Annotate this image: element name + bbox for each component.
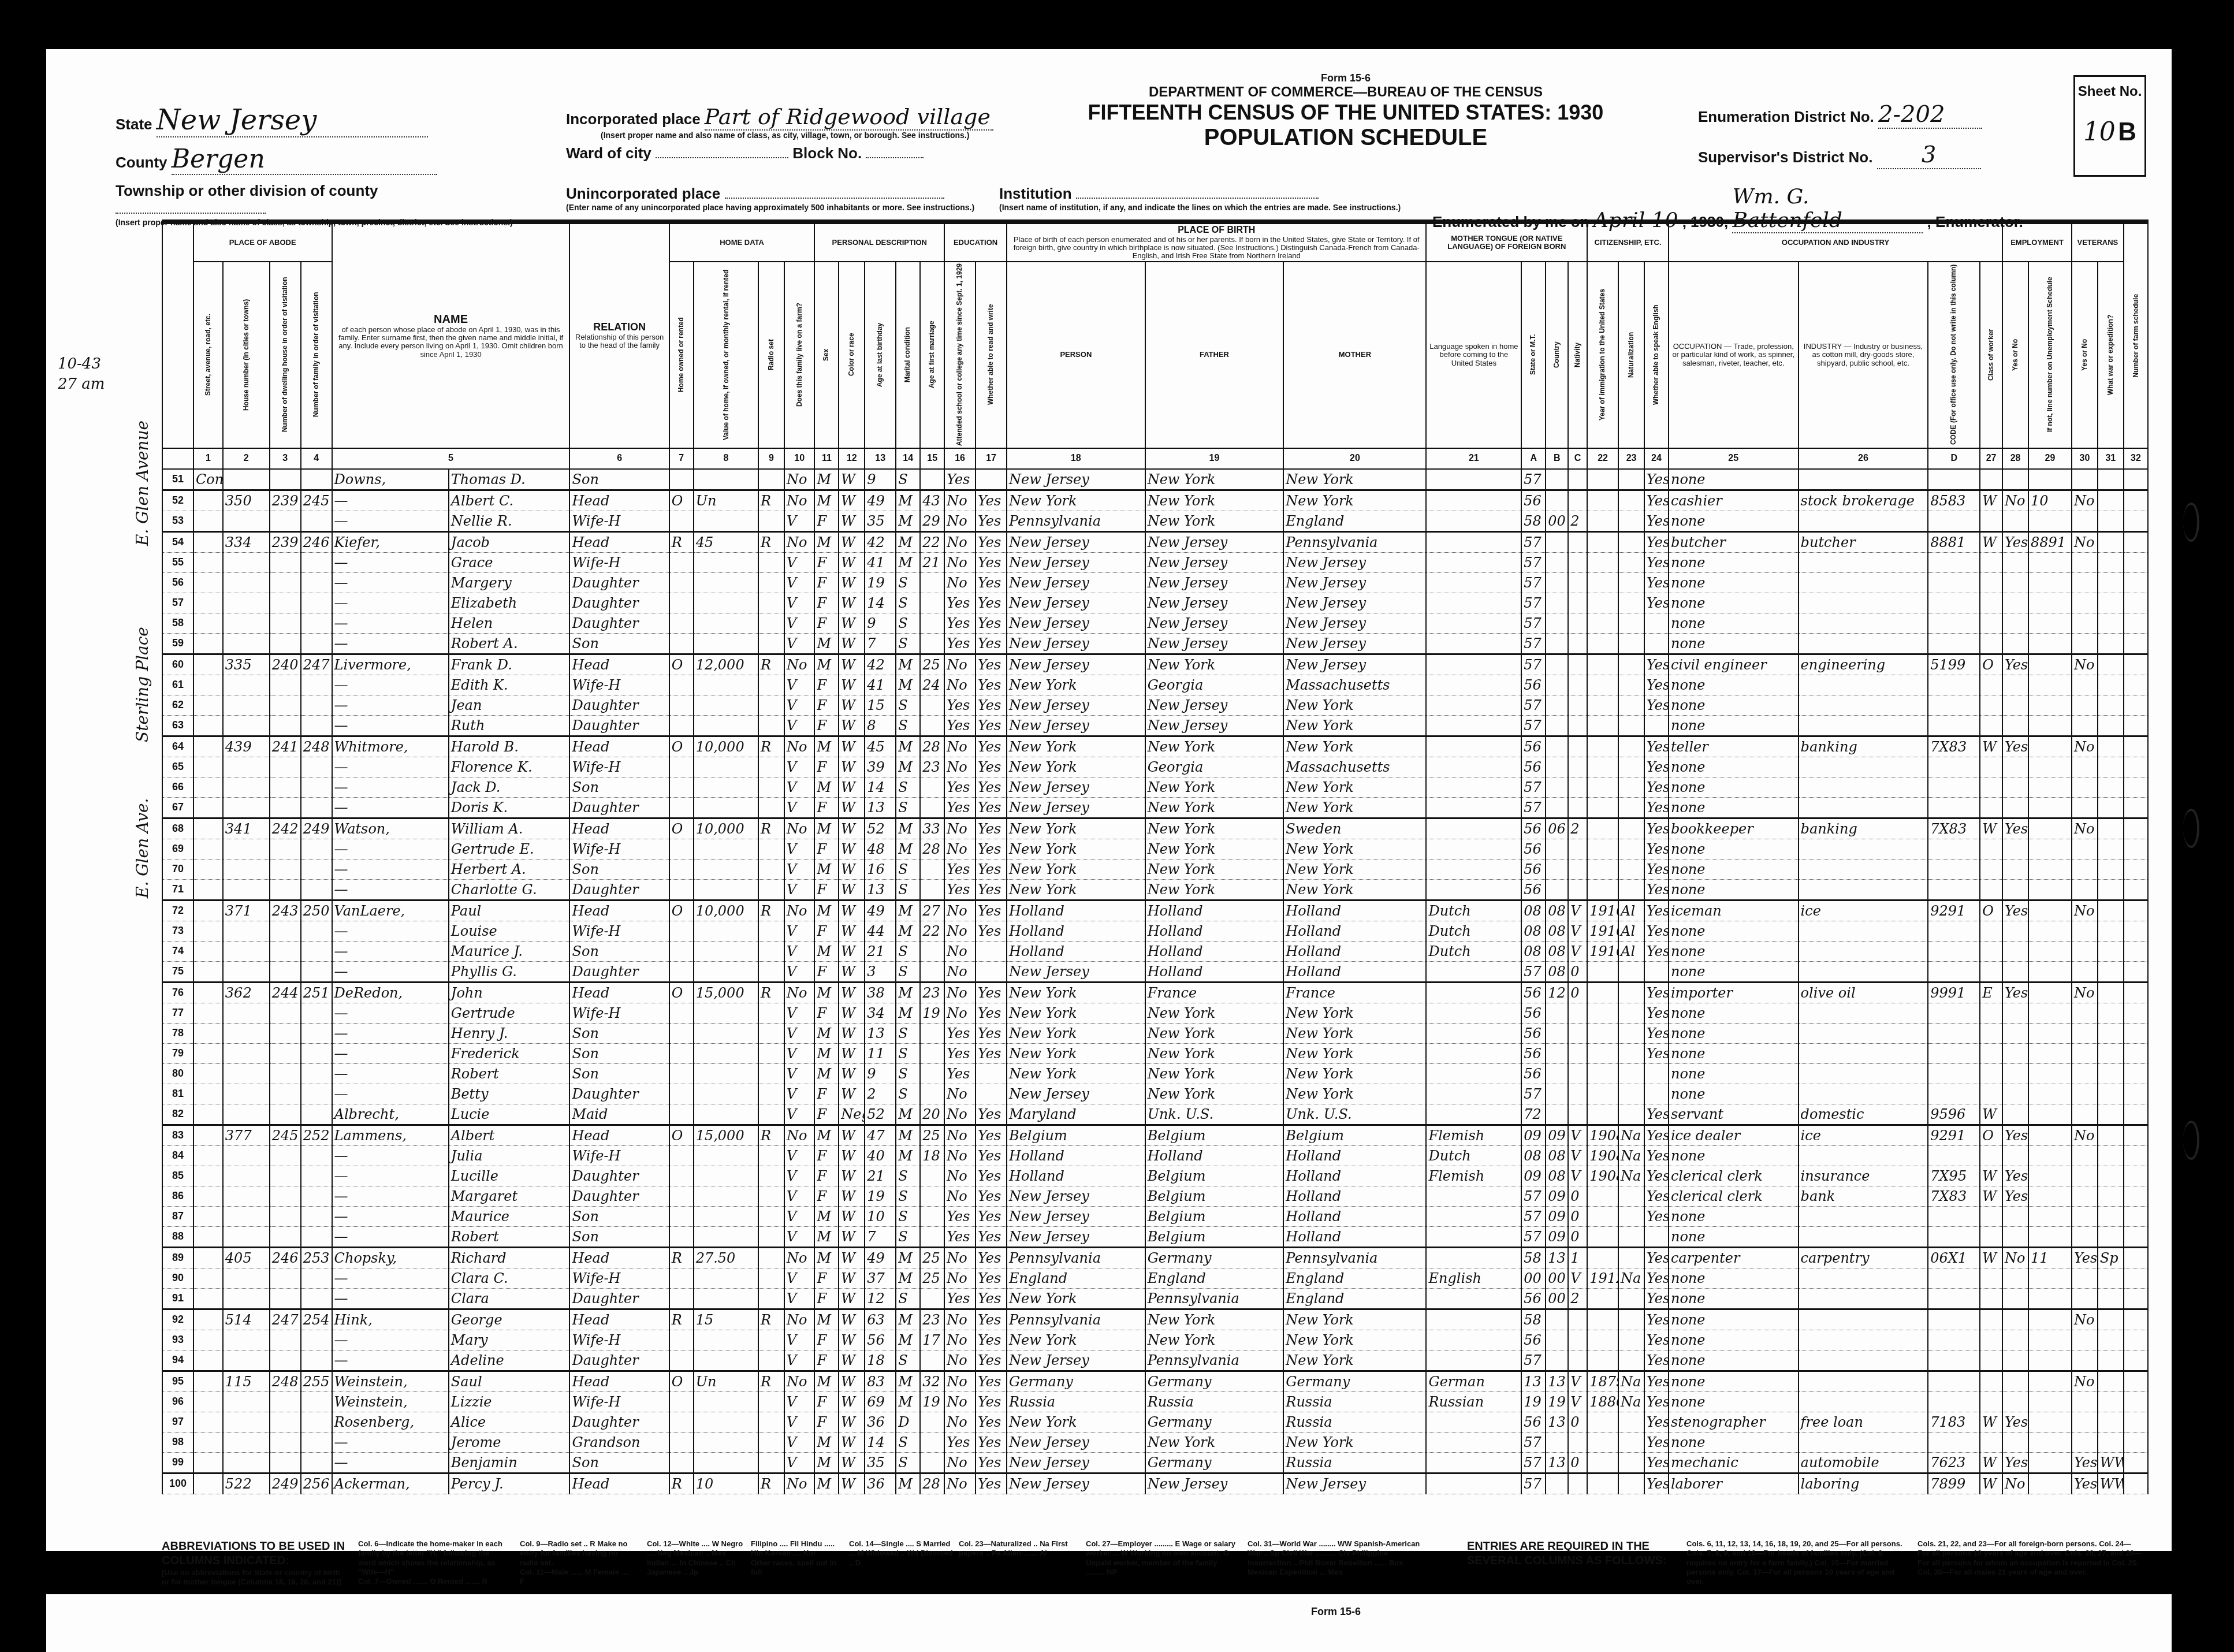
- cell-value: [694, 1268, 758, 1288]
- cell-own: [669, 1288, 694, 1309]
- cell-birth: New Jersey: [1007, 715, 1145, 736]
- cell-cls: W: [1980, 531, 2002, 552]
- cell-surname: —: [332, 797, 449, 818]
- cell-given: Betty: [449, 1084, 570, 1104]
- cell-surname: DeRedon,: [332, 982, 449, 1003]
- cell-vet: No: [2072, 900, 2098, 921]
- cell-age: 45: [865, 736, 896, 757]
- cell-sex: M: [814, 982, 839, 1003]
- cell-cc: V: [1568, 1371, 1587, 1391]
- cell-occ: none: [1669, 511, 1799, 531]
- cell-ind: [1799, 1350, 1928, 1371]
- cell-age: 13: [865, 797, 896, 818]
- cell-farmsch: [2124, 1330, 2148, 1350]
- cell-marital: M: [896, 1371, 920, 1391]
- cell-value: [694, 1063, 758, 1084]
- cell-own: R: [669, 1247, 694, 1268]
- cell-farmsch: [2124, 654, 2148, 675]
- cell-lang: [1426, 613, 1521, 633]
- cell-cd: [1928, 1063, 1980, 1084]
- cell-ca: 00: [1521, 1268, 1546, 1288]
- cell-occ: none: [1669, 695, 1799, 715]
- cell-ind: automobile: [1799, 1452, 1928, 1473]
- cell-radio: [758, 593, 784, 613]
- cell-age-mar: 23: [920, 1309, 944, 1330]
- cell-work: [2002, 1206, 2028, 1226]
- cell-given: Elizabeth: [449, 593, 570, 613]
- cell-cc: V: [1568, 921, 1587, 941]
- cell-occ: none: [1669, 1145, 1799, 1166]
- column-number: 11: [814, 448, 839, 469]
- cell-farmsch: [2124, 1452, 2148, 1473]
- cell-ind: banking: [1799, 736, 1928, 757]
- cell-lang: [1426, 1003, 1521, 1023]
- cell-own: [669, 879, 694, 900]
- cell-school: No: [944, 1145, 975, 1166]
- cell-radio: [758, 1145, 784, 1166]
- cell-street: [193, 859, 223, 879]
- cell-age: 38: [865, 982, 896, 1003]
- cell-vet: [2072, 1206, 2098, 1226]
- cell-given: Jerome: [449, 1432, 570, 1452]
- cell-school: No: [944, 1330, 975, 1350]
- cell-farm: V: [784, 1023, 814, 1043]
- cell-unemp: [2028, 1023, 2072, 1043]
- cell-lang: [1426, 654, 1521, 675]
- cell-mother: Sweden: [1283, 818, 1426, 839]
- cell-nat: [1618, 757, 1644, 777]
- cell-birth: Pennsylvania: [1007, 511, 1145, 531]
- cell-work: [2002, 1330, 2028, 1350]
- column-number: 10: [784, 448, 814, 469]
- cell-mother: England: [1283, 1288, 1426, 1309]
- header-naturalization: Naturalization: [1618, 262, 1644, 448]
- cell-sex: F: [814, 1330, 839, 1350]
- cell-value: [694, 1288, 758, 1309]
- cell-marital: M: [896, 818, 920, 839]
- cell-cb: [1546, 859, 1568, 879]
- cell-war: [2098, 736, 2124, 757]
- cell-surname: Weinstein,: [332, 1371, 449, 1391]
- cell-cd: [1928, 859, 1980, 879]
- cell-lang: [1426, 490, 1521, 511]
- cell-sex: F: [814, 1104, 839, 1125]
- cell-radio: [758, 1104, 784, 1125]
- cell-family: [301, 797, 332, 818]
- cell-street: [193, 613, 223, 633]
- cell-birth: New York: [1007, 490, 1145, 511]
- cell-house: [223, 1391, 270, 1412]
- cell-cd: [1928, 1371, 1980, 1391]
- cell-cc: 2: [1568, 511, 1587, 531]
- cell-family: [301, 1350, 332, 1371]
- cell-ind: [1799, 879, 1928, 900]
- cell-street: [193, 1145, 223, 1166]
- cell-birth: New York: [1007, 736, 1145, 757]
- cell-cd: [1928, 1226, 1980, 1247]
- cell-radio: [758, 921, 784, 941]
- cell-mother: New York: [1283, 1309, 1426, 1330]
- cell-value: 15,000: [694, 1125, 758, 1145]
- cell-nat: [1618, 839, 1644, 859]
- cell-ind: [1799, 757, 1928, 777]
- cell-cd: [1928, 1145, 1980, 1166]
- cell-age-mar: [920, 961, 944, 982]
- cell-value: [694, 1166, 758, 1186]
- cell-ca: 57: [1521, 572, 1546, 593]
- cell-occ: butcher: [1669, 531, 1799, 552]
- column-number: 3: [270, 448, 301, 469]
- cell-radio: [758, 469, 784, 490]
- cell-unemp: 11: [2028, 1247, 2072, 1268]
- cell-given: Herbert A.: [449, 859, 570, 879]
- cell-own: [669, 777, 694, 797]
- cell-race: W: [839, 982, 865, 1003]
- cell-given: Frank D.: [449, 654, 570, 675]
- cell-ind: stock brokerage: [1799, 490, 1928, 511]
- cell-nat: [1618, 1226, 1644, 1247]
- cell-age-mar: [920, 859, 944, 879]
- cell-dwelling: 242: [270, 818, 301, 839]
- cell-own: [669, 1206, 694, 1226]
- cell-father: New Jersey: [1145, 593, 1284, 613]
- cell-age-mar: 28: [920, 1473, 944, 1494]
- cell-occ: none: [1669, 469, 1799, 490]
- cell-eng: Yes: [1644, 572, 1669, 593]
- cell-nat: [1618, 1309, 1644, 1330]
- punch-hole-3: [2183, 1121, 2199, 1160]
- cell-lang: English: [1426, 1268, 1521, 1288]
- cell-family: [301, 1226, 332, 1247]
- cell-cb: [1546, 757, 1568, 777]
- cell-ca: 57: [1521, 695, 1546, 715]
- cell-farmsch: [2124, 1371, 2148, 1391]
- cell-work: [2002, 593, 2028, 613]
- table-row: 69—Gertrude E.Wife-HVFW48M28NoYesNew Yor…: [162, 839, 2148, 859]
- cell-age: 14: [865, 1432, 896, 1452]
- cell-given: Adeline: [449, 1350, 570, 1371]
- cell-mother: New York: [1283, 1432, 1426, 1452]
- population-table: PLACE OF ABODE NAME of each person whose…: [162, 219, 2149, 1534]
- cell-cc: V: [1568, 941, 1587, 961]
- cell-cc: [1568, 777, 1587, 797]
- cell-work: [2002, 1371, 2028, 1391]
- cell-farmsch: [2124, 1412, 2148, 1432]
- cell-dwelling: [270, 1391, 301, 1412]
- cell-dwelling: [270, 469, 301, 490]
- cell-ca: 08: [1521, 1145, 1546, 1166]
- cell-eng: Yes: [1644, 654, 1669, 675]
- cell-ind: [1799, 1206, 1928, 1226]
- cell-cb: [1546, 1023, 1568, 1043]
- cell-value: [694, 633, 758, 654]
- cell-relation: Son: [569, 1226, 669, 1247]
- cell-house: 334: [223, 531, 270, 552]
- cell-surname: —: [332, 1084, 449, 1104]
- cell-cls: [1980, 1043, 2002, 1063]
- cell-cls: [1980, 1145, 2002, 1166]
- cell-given: John: [449, 982, 570, 1003]
- cell-birth: England: [1007, 1268, 1145, 1288]
- cell-relation: Head: [569, 1473, 669, 1494]
- cell-age: 34: [865, 1003, 896, 1023]
- cell-family: [301, 1104, 332, 1125]
- column-number: 7: [669, 448, 694, 469]
- cell-nat: [1618, 1288, 1644, 1309]
- cell-school: Yes: [944, 1432, 975, 1452]
- header-code-b: Country: [1546, 262, 1568, 448]
- cell-sex: M: [814, 1063, 839, 1084]
- cell-cb: [1546, 1084, 1568, 1104]
- cell-cd: [1928, 552, 1980, 572]
- header-mother: MOTHER: [1283, 262, 1426, 448]
- cell-own: [669, 1104, 694, 1125]
- cell-radio: [758, 839, 784, 859]
- cell-imm: [1587, 1063, 1618, 1084]
- header-house: House number (in cities or towns): [223, 262, 270, 448]
- cell-ind: butcher: [1799, 531, 1928, 552]
- cell-nat: [1618, 552, 1644, 572]
- cell-street: [193, 1330, 223, 1350]
- table-row: 57—ElizabethDaughterVFW14SYesYesNew Jers…: [162, 593, 2148, 613]
- cell-vet: [2072, 593, 2098, 613]
- cell-marital: S: [896, 1432, 920, 1452]
- cell-nat: [1618, 695, 1644, 715]
- cell-eng: Yes: [1644, 1145, 1669, 1166]
- cell-eng: Yes: [1644, 1104, 1669, 1125]
- cell-work: [2002, 797, 2028, 818]
- cell-birth: New Jersey: [1007, 572, 1145, 593]
- cell-dwelling: [270, 695, 301, 715]
- cell-house: [223, 1063, 270, 1084]
- cell-father: France: [1145, 982, 1284, 1003]
- cell-unemp: [2028, 839, 2072, 859]
- sheet-label: Sheet No.: [2075, 84, 2144, 100]
- cell-father: New York: [1145, 654, 1284, 675]
- cell-relation: Daughter: [569, 961, 669, 982]
- cell-farm: No: [784, 1309, 814, 1330]
- cell-given: Jack D.: [449, 777, 570, 797]
- header-person: PERSON: [1007, 262, 1145, 448]
- cell-cb: [1546, 531, 1568, 552]
- cell-given: Nellie R.: [449, 511, 570, 531]
- cell-race: W: [839, 818, 865, 839]
- cell-farm: No: [784, 1247, 814, 1268]
- cell-race: W: [839, 941, 865, 961]
- cell-cls: [1980, 552, 2002, 572]
- cell-race: W: [839, 1473, 865, 1494]
- cell-nat: [1618, 1023, 1644, 1043]
- cell-house: 371: [223, 900, 270, 921]
- cell-age: 35: [865, 1452, 896, 1473]
- cell-ind: [1799, 941, 1928, 961]
- cell-birth: Holland: [1007, 1145, 1145, 1166]
- cell-birth: New York: [1007, 1043, 1145, 1063]
- cell-ca: 56: [1521, 736, 1546, 757]
- cell-radio: [758, 1023, 784, 1043]
- cell-dwelling: [270, 511, 301, 531]
- cell-cb: [1546, 675, 1568, 695]
- cell-cc: [1568, 695, 1587, 715]
- cell-age: 3: [865, 961, 896, 982]
- cell-cb: [1546, 469, 1568, 490]
- cell-farm: V: [784, 1268, 814, 1288]
- cell-given: Albert C.: [449, 490, 570, 511]
- cell-read: Yes: [975, 1247, 1007, 1268]
- cell-own: [669, 859, 694, 879]
- cell-own: O: [669, 982, 694, 1003]
- line-number: 65: [162, 757, 193, 777]
- cell-work: [2002, 777, 2028, 797]
- line-number: 56: [162, 572, 193, 593]
- cell-sex: M: [814, 736, 839, 757]
- cell-unemp: [2028, 961, 2072, 982]
- cell-cls: O: [1980, 654, 2002, 675]
- cell-family: 254: [301, 1309, 332, 1330]
- cell-school: No: [944, 675, 975, 695]
- cell-own: [669, 613, 694, 633]
- cell-sex: F: [814, 552, 839, 572]
- cell-ca: 08: [1521, 921, 1546, 941]
- header-unemployment-line: If not, line number on Unemployment Sche…: [2028, 262, 2072, 448]
- cell-mother: New York: [1283, 879, 1426, 900]
- cell-cls: [1980, 695, 2002, 715]
- cell-given: Robert A.: [449, 633, 570, 654]
- cell-work: [2002, 1288, 2028, 1309]
- cell-nat: [1618, 1330, 1644, 1350]
- cell-own: [669, 1452, 694, 1473]
- cell-unemp: [2028, 1391, 2072, 1412]
- table-row: 91—ClaraDaughterVFW12SYesYesNew YorkPenn…: [162, 1288, 2148, 1309]
- cell-school: Yes: [944, 777, 975, 797]
- cell-read: [975, 469, 1007, 490]
- cell-school: No: [944, 757, 975, 777]
- cell-occ: none: [1669, 613, 1799, 633]
- cell-sex: F: [814, 1166, 839, 1186]
- cell-imm: [1587, 757, 1618, 777]
- cell-eng: Yes: [1644, 1371, 1669, 1391]
- cell-marital: S: [896, 961, 920, 982]
- cell-read: [975, 1063, 1007, 1084]
- cell-cls: [1980, 675, 2002, 695]
- cell-relation: Daughter: [569, 879, 669, 900]
- cell-marital: M: [896, 1309, 920, 1330]
- cell-school: No: [944, 961, 975, 982]
- cell-birth: New Jersey: [1007, 777, 1145, 797]
- cell-eng: Yes: [1644, 1043, 1669, 1063]
- state-label: State: [116, 116, 152, 133]
- cell-farm: V: [784, 1330, 814, 1350]
- cell-house: [223, 1166, 270, 1186]
- cell-read: [975, 1084, 1007, 1104]
- cell-sex: F: [814, 1391, 839, 1412]
- cell-work: [2002, 757, 2028, 777]
- cell-occ: none: [1669, 859, 1799, 879]
- cell-vet: [2072, 879, 2098, 900]
- cell-farm: No: [784, 1371, 814, 1391]
- line-number: 52: [162, 490, 193, 511]
- cell-house: [223, 572, 270, 593]
- cell-value: [694, 1452, 758, 1473]
- cell-father: New York: [1145, 1432, 1284, 1452]
- cell-ca: 58: [1521, 1247, 1546, 1268]
- cell-work: [2002, 921, 2028, 941]
- cell-father: New York: [1145, 1309, 1284, 1330]
- cell-sex: M: [814, 818, 839, 839]
- cell-work: [2002, 633, 2028, 654]
- cell-cd: 7X83: [1928, 1186, 1980, 1206]
- cell-ca: 57: [1521, 552, 1546, 572]
- group-place-of-birth: PLACE OF BIRTH Place of birth of each pe…: [1007, 224, 1426, 262]
- cell-imm: [1587, 797, 1618, 818]
- cell-dwelling: [270, 1003, 301, 1023]
- cell-farm: V: [784, 1043, 814, 1063]
- cell-unemp: [2028, 859, 2072, 879]
- cell-imm: [1587, 1043, 1618, 1063]
- cell-ind: [1799, 1145, 1928, 1166]
- cell-farmsch: [2124, 469, 2148, 490]
- line-number: 83: [162, 1125, 193, 1145]
- cell-lang: Dutch: [1426, 900, 1521, 921]
- cell-age: 9: [865, 613, 896, 633]
- cell-nat: [1618, 1186, 1644, 1206]
- cell-farmsch: [2124, 1309, 2148, 1330]
- cell-father: Holland: [1145, 900, 1284, 921]
- cell-street: [193, 1226, 223, 1247]
- cell-cls: [1980, 1309, 2002, 1330]
- incorporated-value: Part of Ridgewood village: [705, 104, 993, 131]
- cell-value: Un: [694, 490, 758, 511]
- cell-read: Yes: [975, 1186, 1007, 1206]
- cell-street: [193, 941, 223, 961]
- cell-imm: 1908: [1587, 1125, 1618, 1145]
- cell-cc: [1568, 1063, 1587, 1084]
- cell-ind: [1799, 1023, 1928, 1043]
- header-race: Color or race: [839, 262, 865, 448]
- cell-age: 7: [865, 1226, 896, 1247]
- cell-unemp: [2028, 1104, 2072, 1125]
- cell-age: 56: [865, 1330, 896, 1350]
- cell-ind: ice: [1799, 900, 1928, 921]
- cell-imm: [1587, 633, 1618, 654]
- header-industry: INDUSTRY — Industry or business, as cott…: [1799, 262, 1928, 448]
- cell-occ: stenographer: [1669, 1412, 1799, 1432]
- cell-value: Un: [694, 1371, 758, 1391]
- cell-vet: [2072, 511, 2098, 531]
- cell-school: Yes: [944, 1226, 975, 1247]
- cell-dwelling: [270, 1084, 301, 1104]
- cell-cd: [1928, 1043, 1980, 1063]
- cell-street: [193, 1371, 223, 1391]
- cell-occ: none: [1669, 1268, 1799, 1288]
- cell-nat: [1618, 777, 1644, 797]
- cell-nat: [1618, 654, 1644, 675]
- cell-work: [2002, 879, 2028, 900]
- cell-ca: 19: [1521, 1391, 1546, 1412]
- cell-cd: [1928, 1003, 1980, 1023]
- census-sheet: State New Jersey County Bergen Township …: [46, 49, 2172, 1551]
- cell-ind: [1799, 1391, 1928, 1412]
- cell-read: Yes: [975, 572, 1007, 593]
- cell-cd: 8583: [1928, 490, 1980, 511]
- cell-cls: [1980, 941, 2002, 961]
- cell-father: New York: [1145, 879, 1284, 900]
- cell-eng: Yes: [1644, 469, 1669, 490]
- cell-cb: [1546, 1043, 1568, 1063]
- cell-birth: New York: [1007, 675, 1145, 695]
- cell-ca: 56: [1521, 982, 1546, 1003]
- cell-mother: Germany: [1283, 1371, 1426, 1391]
